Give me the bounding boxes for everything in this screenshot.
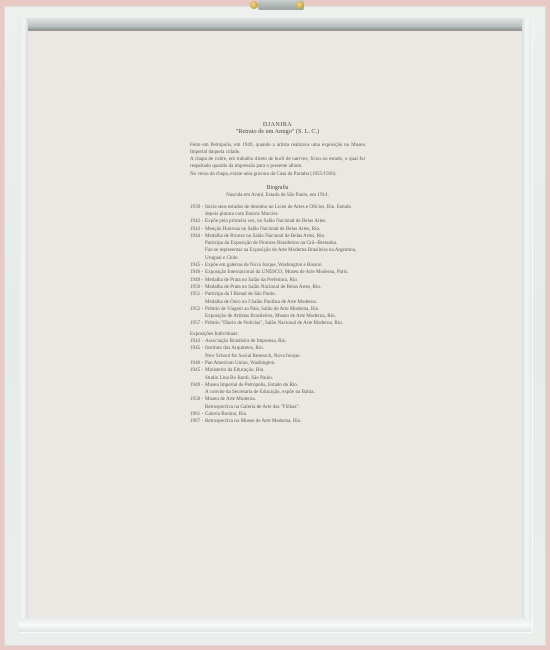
list-item: 1945 -Expõe em galerias de Nova Iorque, …	[190, 262, 365, 269]
list-item: Exposição de Artistas Brasileiros, Museu…	[190, 313, 365, 320]
entry-year: 1945 -	[190, 367, 205, 374]
document-label: DJANIRA "Retrato de um Amigo" (S. L. C.)…	[190, 121, 365, 426]
entry-text: Medalha de Bronze no Salão Nacional de B…	[205, 233, 365, 240]
entry-text: Galeria Bonino, Rio.	[205, 411, 365, 418]
entry-year: 1958 -	[190, 396, 205, 403]
birth-info: Nascida em Avaré, Estado de São Paulo, e…	[190, 192, 365, 199]
list-item: 1946 -Pan American Union, Washington.	[190, 360, 365, 367]
list-item: New School for Social Research, Nova Ior…	[190, 353, 365, 360]
entry-year: 1943 -	[190, 226, 205, 233]
entry-year: 1951 -	[190, 291, 205, 298]
intro-paragraph: Feito em Petrópolis, em 1949, quando a a…	[190, 142, 365, 157]
list-item: Studio Lina Bo Bardi, São Paulo.	[190, 375, 365, 382]
list-item: 1958 -Museu de Arte Moderna.	[190, 396, 365, 403]
list-item: 1939 -Inicia seus estudos de desenho no …	[190, 204, 365, 219]
entry-text: Ministerio da Educação, Rio.	[205, 367, 365, 374]
entry-text: Participa da I Bienal de São Paulo.	[205, 291, 365, 298]
entry-text: Faz-se representar na Exposição de Arte …	[205, 247, 365, 262]
artwork-title: "Retrato de um Amigo" (S. L. C.)	[190, 128, 365, 135]
entry-year: 1939 -	[190, 204, 205, 219]
entry-text: Instituto dos Arquitetos, Rio.	[205, 345, 365, 352]
entry-year: 1961 -	[190, 411, 205, 418]
entry-text: Exposição Internacional da UNESCO, Museu…	[205, 269, 365, 276]
list-item: 1957 -Prêmio "Diario de Noticias", Salão…	[190, 320, 365, 327]
entry-text: Expõe em galerias de Nova Iorque, Washin…	[205, 262, 365, 269]
list-item: 1944 -Medalha de Bronze no Salão Naciona…	[190, 233, 365, 240]
entry-year: 1946 -	[190, 360, 205, 367]
list-item: 1945 -Ministerio da Educação, Rio.	[190, 367, 365, 374]
entry-text: Pan American Union, Washington.	[205, 360, 365, 367]
entry-text: Prêmio de Viagem ao País, Salão de Arte …	[205, 306, 365, 313]
intro-paragraph: A chapa de cobre, em trabalho direto de …	[190, 156, 365, 171]
entry-text: Medalha de Ouro no I Salão Paulista de A…	[205, 299, 365, 306]
entry-year: 1949 -	[190, 382, 205, 389]
frame-lip-right	[522, 18, 532, 632]
frame-lip-left	[18, 18, 28, 632]
entry-text: Inicia seus estudos de desenho no Liceu …	[205, 204, 365, 219]
entry-text: Expõe pela primeira vez, no Salão Nacion…	[205, 218, 365, 225]
artist-name: DJANIRA	[190, 121, 365, 128]
list-item: Faz-se representar na Exposição de Arte …	[190, 247, 365, 262]
frame-lip-bottom	[18, 618, 532, 632]
list-item: A convite da Secretaria de Educação, exp…	[190, 389, 365, 396]
list-item: 1946 -Exposição Internacional da UNESCO,…	[190, 269, 365, 276]
entry-text: Associação Brasileira de Imprensa, Rio.	[205, 338, 365, 345]
entry-text: Studio Lina Bo Bardi, São Paulo.	[205, 375, 365, 382]
entry-year: 1967 -	[190, 418, 205, 425]
entry-year: 1943 -	[190, 338, 205, 345]
entry-text: Museu de Arte Moderna.	[205, 396, 365, 403]
list-item: 1967 -Retrospectiva no Museu de Arte Mod…	[190, 418, 365, 425]
list-item: 1951 -Participa da I Bienal de São Paulo…	[190, 291, 365, 298]
list-item: Retrospectiva na Galeria de Arte das "Fô…	[190, 404, 365, 411]
list-item: Medalha de Ouro no I Salão Paulista de A…	[190, 299, 365, 306]
entry-text: Participa da Exposição de Pintores Brasi…	[205, 240, 365, 247]
entry-text: Retrospectiva no Museu de Arte Moderna, …	[205, 418, 365, 425]
entry-year: 1945 -	[190, 345, 205, 352]
entry-text: New School for Social Research, Nova Ior…	[205, 353, 365, 360]
list-item: Participa da Exposição de Pintores Brasi…	[190, 240, 365, 247]
list-item: 1961 -Galeria Bonino, Rio.	[190, 411, 365, 418]
list-item: 1950 -Medalha de Prata no Salão Nacional…	[190, 284, 365, 291]
entry-year: 1949 -	[190, 277, 205, 284]
entry-text: Exposição de Artistas Brasileiros, Museu…	[205, 313, 365, 320]
biography-list: 1939 -Inicia seus estudos de desenho no …	[190, 204, 365, 328]
entry-text: Medalha de Prata no Salão Nacional de Be…	[205, 284, 365, 291]
entry-text: Retrospectiva na Galeria de Arte das "Fô…	[205, 404, 365, 411]
entry-year: 1944 -	[190, 233, 205, 240]
entry-text: A convite da Secretaria de Educação, exp…	[205, 389, 365, 396]
list-item: 1942 -Expõe pela primeira vez, no Salão …	[190, 218, 365, 225]
exhibitions-list: 1943 -Associação Brasileira de Imprensa,…	[190, 338, 365, 426]
entry-year: 1952 -	[190, 306, 205, 313]
entry-year: 1945 -	[190, 262, 205, 269]
entry-text: Menção Honrosa no Salão Nacional de Bela…	[205, 226, 365, 233]
entry-year: 1942 -	[190, 218, 205, 225]
list-item: 1943 -Menção Honrosa no Salão Nacional d…	[190, 226, 365, 233]
biography-heading: Biografia	[190, 185, 365, 192]
entry-text: Museu Imperial de Petrópolis, Estado do …	[205, 382, 365, 389]
intro-paragraph: No verso da chapa, existe uma gravura da…	[190, 171, 365, 178]
entry-year: 1957 -	[190, 320, 205, 327]
entry-text: Medalha de Prata no Salão da Prefeitura,…	[205, 277, 365, 284]
entry-text: Prêmio "Diario de Noticias", Salão Nacio…	[205, 320, 365, 327]
list-item: 1949 -Medalha de Prata no Salão da Prefe…	[190, 277, 365, 284]
entry-year: 1950 -	[190, 284, 205, 291]
entry-year: 1946 -	[190, 269, 205, 276]
frame-lip-top	[18, 18, 532, 30]
list-item: 1949 -Museu Imperial de Petrópolis, Esta…	[190, 382, 365, 389]
list-item: 1945 -Instituto dos Arquitetos, Rio.	[190, 345, 365, 352]
exhibitions-heading: Exposições Individuais:	[190, 331, 365, 338]
list-item: 1952 -Prêmio de Viagem ao País, Salão de…	[190, 306, 365, 313]
list-item: 1943 -Associação Brasileira de Imprensa,…	[190, 338, 365, 345]
